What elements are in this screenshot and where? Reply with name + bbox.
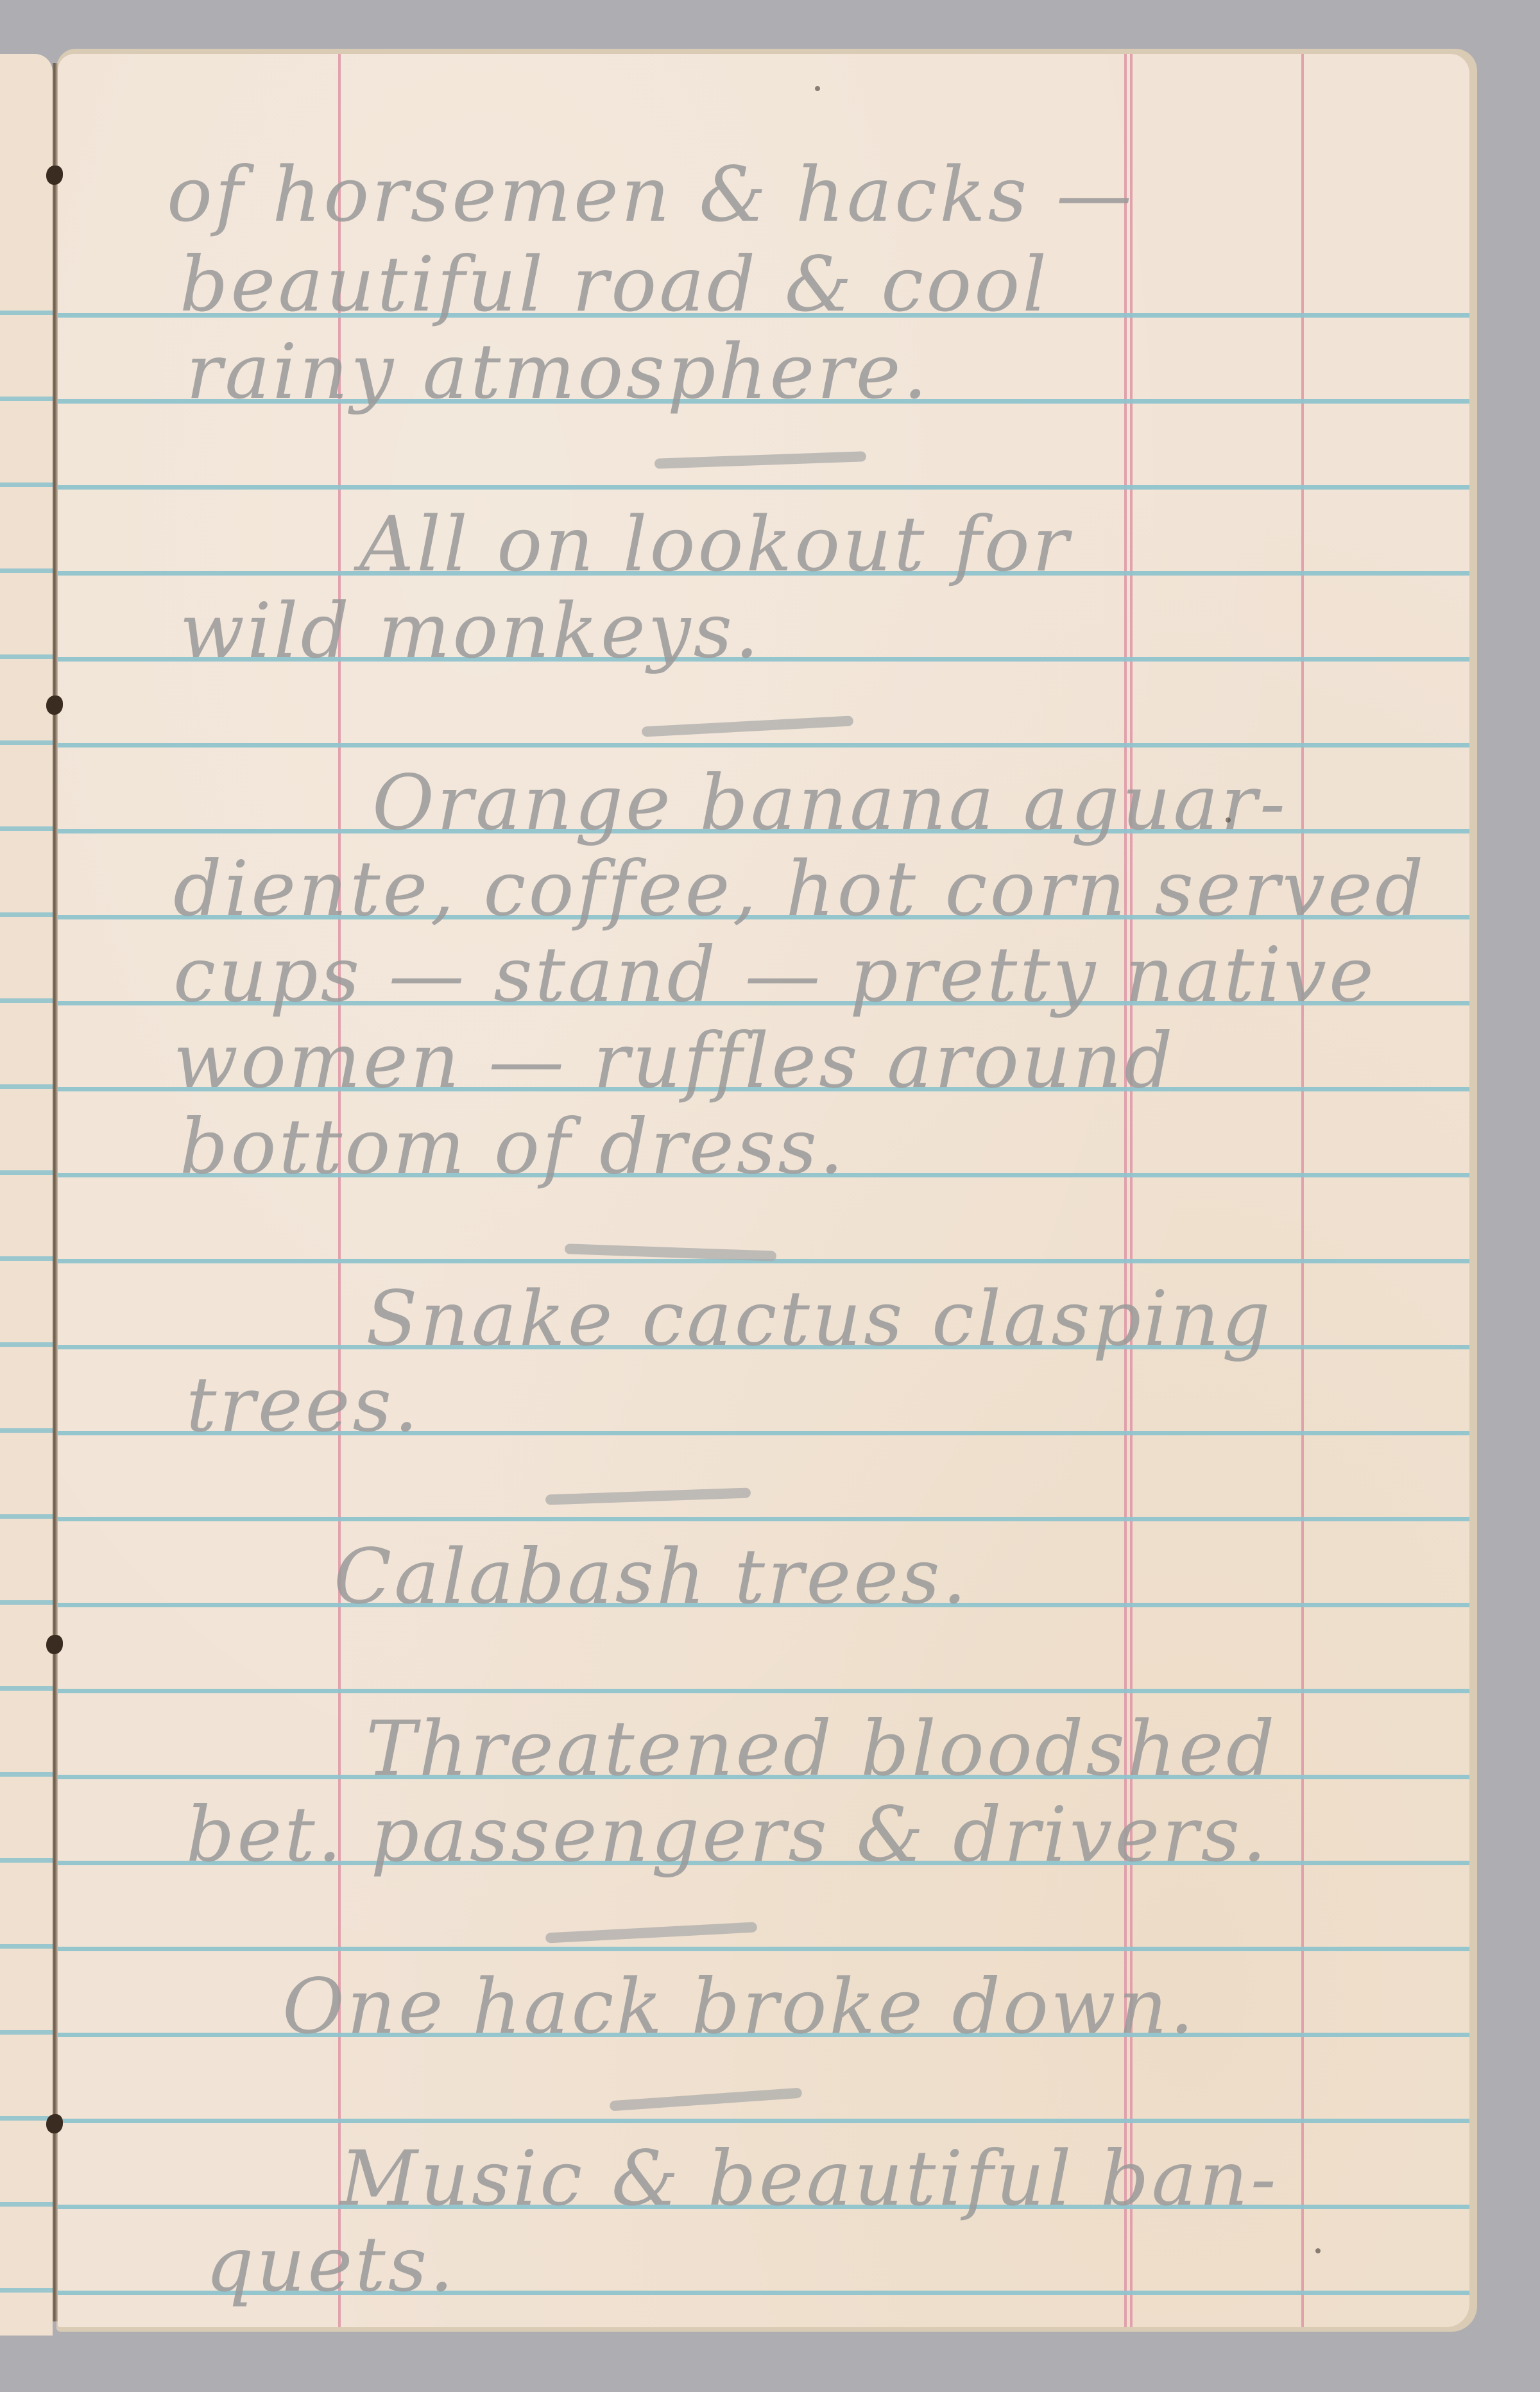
rule-line — [0, 912, 53, 917]
handwriting-line: Calabash trees. — [334, 1539, 969, 1614]
rule-line — [0, 654, 53, 659]
handwriting-line: women — ruffles around — [173, 1023, 1176, 1098]
handwriting-line: of horsemen & hacks — — [167, 157, 1134, 232]
rule-line — [0, 311, 53, 315]
section-divider-flourish — [545, 1922, 757, 1943]
rule-line — [0, 1170, 53, 1175]
rule-line — [0, 1256, 53, 1261]
handwriting-line: beautiful road & cool — [180, 246, 1049, 322]
handwriting-line: wild monkeys. — [180, 593, 762, 669]
notebook-spine — [53, 63, 58, 2321]
binding-hole — [46, 2114, 63, 2133]
facing-page-edge — [0, 54, 53, 2336]
handwriting-line: cups — stand — pretty native — [173, 937, 1376, 1012]
handwriting-line: quets. — [205, 2226, 456, 2302]
section-divider-flourish — [545, 1487, 751, 1505]
handwriting-line: bet. passengers & drivers. — [186, 1797, 1269, 1872]
rule-line — [58, 1947, 1469, 1951]
rule-line — [0, 1428, 53, 1433]
rule-line — [0, 826, 53, 831]
rule-line — [0, 483, 53, 487]
paper-speck — [1226, 817, 1231, 823]
paper-speck — [815, 86, 820, 91]
notebook-page: of horsemen & hacks — beautiful road & c… — [58, 54, 1469, 2327]
handwriting-line: rainy atmosphere. — [186, 334, 930, 409]
section-divider-flourish — [654, 451, 866, 469]
rule-line — [0, 1858, 53, 1863]
binding-hole — [46, 1635, 63, 1654]
rule-line — [0, 1342, 53, 1347]
binding-hole — [46, 166, 63, 185]
handwriting-line: Snake cactus clasping — [366, 1281, 1273, 1356]
rule-line — [0, 1514, 53, 1519]
rule-line — [58, 1517, 1469, 1521]
rule-line — [58, 1689, 1469, 1693]
rule-line — [0, 998, 53, 1003]
handwriting-line: Orange banana aguar- — [372, 765, 1288, 841]
rule-line — [0, 2030, 53, 2035]
rule-line — [0, 1772, 53, 1777]
rule-line — [58, 485, 1469, 490]
handwriting-line: One hack broke down. — [282, 1969, 1196, 2044]
rule-line — [0, 2288, 53, 2293]
handwriting-line: bottom of dress. — [180, 1109, 846, 1184]
section-divider-flourish — [610, 2088, 802, 2112]
rule-line — [0, 1944, 53, 1949]
margin-line — [1301, 54, 1304, 2327]
handwriting-line: All on lookout for — [359, 506, 1071, 582]
handwriting-line: diente, coffee, hot corn served — [173, 851, 1426, 927]
section-divider-flourish — [642, 715, 853, 737]
rule-line — [0, 2202, 53, 2207]
paper-speck — [1315, 2248, 1321, 2253]
rule-line — [0, 1686, 53, 1691]
rule-line — [58, 2119, 1469, 2123]
handwriting-line: Threatened bloodshed — [366, 1711, 1277, 1786]
rule-line — [58, 743, 1469, 747]
rule-line — [0, 568, 53, 573]
rule-line — [0, 1600, 53, 1605]
binding-hole — [46, 696, 63, 715]
rule-line — [0, 740, 53, 745]
rule-line — [0, 1084, 53, 1089]
rule-line — [0, 397, 53, 401]
handwriting-line: trees. — [186, 1367, 421, 1442]
handwriting-line: Music & beautiful ban- — [340, 2140, 1279, 2216]
rule-line — [0, 2116, 53, 2121]
